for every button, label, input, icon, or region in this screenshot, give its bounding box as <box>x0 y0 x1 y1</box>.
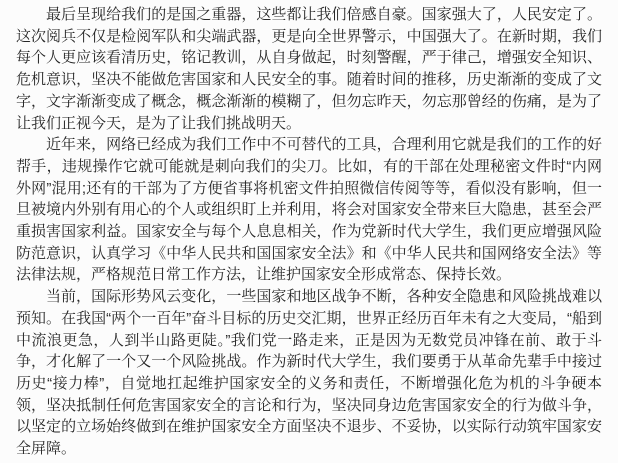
document-page: 最后呈现给我们的是国之重器，这些都让我们倍感自豪。国家强大了，人民安定了。这次阅… <box>0 0 618 463</box>
paragraph-1: 最后呈现给我们的是国之重器，这些都让我们倍感自豪。国家强大了，人民安定了。这次阅… <box>16 4 602 134</box>
paragraph-3: 当前，国际形势风云变化，一些国家和地区战争不断，各种安全隐患和风险挑战难以预知。… <box>16 286 602 460</box>
paragraph-2: 近年来，网络已经成为我们工作中不可替代的工具，合理利用它就是我们的工作的好帮手，… <box>16 134 602 286</box>
